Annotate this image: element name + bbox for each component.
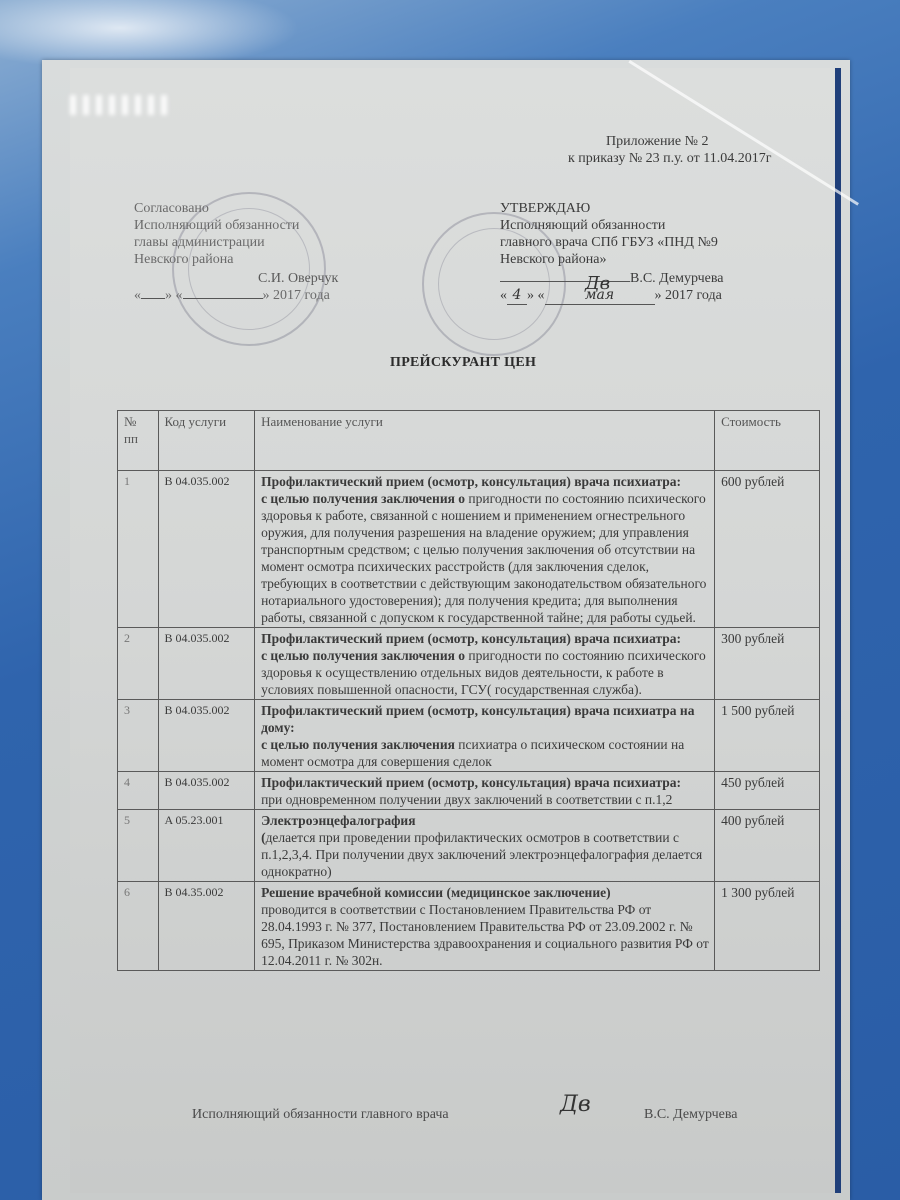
service-code: B 04.035.002 [158, 471, 255, 628]
service-description: Профилактический прием (осмотр, консульт… [255, 700, 715, 772]
service-title: Профилактический прием (осмотр, консульт… [261, 474, 681, 489]
table-row: 6B 04.35.002 Решение врачебной комиссии … [118, 882, 820, 971]
service-title: Профилактический прием (осмотр, консульт… [261, 631, 681, 646]
service-cost: 600 рублей [715, 471, 820, 628]
document-title: ПРЕЙСКУРАНТ ЦЕН [390, 355, 536, 371]
service-purpose-text: пригодности по состоянию психического зд… [261, 491, 706, 625]
signature-blank: Дв [500, 281, 630, 282]
service-cost: 1 300 рублей [715, 882, 820, 971]
service-code: A 05.23.001 [158, 810, 255, 882]
service-title: Профилактический прием (осмотр, консульт… [261, 775, 681, 790]
approved-heading: УТВЕРЖДАЮ [500, 200, 590, 217]
approved-signatory: В.С. Демурчева [630, 271, 724, 286]
price-table: № пп Код услуги Наименование услуги Стои… [117, 410, 820, 971]
agreed-line-2: Исполняющий обязанности [134, 217, 299, 234]
appendix-label: Приложение № 2 [606, 133, 709, 150]
light-reflection [70, 95, 170, 115]
service-purpose-text: делается при проведении профилактических… [261, 830, 702, 879]
agreed-date-open: « [134, 288, 141, 303]
footer-signature-icon: Дв [560, 1096, 591, 1113]
approved-line-2: Исполняющий обязанности [500, 217, 665, 234]
row-number: 1 [118, 471, 159, 628]
agreed-date: «» «» 2017 года [134, 287, 330, 304]
service-description: Профилактический прием (осмотр, консульт… [255, 471, 715, 628]
service-cost: 400 рублей [715, 810, 820, 882]
service-description: Электроэнцефалография (делается при пров… [255, 810, 715, 882]
approved-line-4: Невского района» [500, 251, 606, 268]
table-row: 2B 04.035.002Профилактический прием (осм… [118, 628, 820, 700]
footer-signatory: В.С. Демурчева [644, 1106, 738, 1123]
agreed-day-blank [141, 298, 165, 299]
service-title: Электроэнцефалография [261, 813, 415, 828]
footer-position: Исполняющий обязанности главного врача [192, 1106, 449, 1123]
approved-signature-line: ДвВ.С. Демурчева [500, 270, 724, 287]
approved-date-close: » 2017 года [655, 288, 722, 303]
approved-date-mid: » « [527, 288, 545, 303]
service-title: Профилактический прием (осмотр, консульт… [261, 703, 694, 735]
service-description: Профилактический прием (осмотр, консульт… [255, 772, 715, 810]
service-description: Профилактический прием (осмотр, консульт… [255, 628, 715, 700]
service-description: Решение врачебной комиссии (медицинское … [255, 882, 715, 971]
approved-date-open: « [500, 288, 507, 303]
row-number: 5 [118, 810, 159, 882]
order-reference: к приказу № 23 п.у. от 11.04.2017г [568, 150, 771, 167]
table-header-row: № пп Код услуги Наименование услуги Стои… [118, 411, 820, 471]
approved-line-3: главного врача СПб ГБУЗ «ПНД №9 [500, 234, 718, 251]
table-row: 3B 04.035.002 Профилактический прием (ос… [118, 700, 820, 772]
service-title: Решение врачебной комиссии (медицинское … [261, 885, 611, 900]
row-number: 6 [118, 882, 159, 971]
service-code: B 04.35.002 [158, 882, 255, 971]
service-code: B 04.035.002 [158, 700, 255, 772]
agreed-month-blank [183, 298, 263, 299]
row-number: 2 [118, 628, 159, 700]
service-cost: 1 500 рублей [715, 700, 820, 772]
header-num: № пп [118, 411, 159, 471]
service-purpose-bold: с целью получения заключения [261, 737, 455, 752]
approved-month: мая [545, 287, 655, 305]
agreed-line-3: главы администрации [134, 234, 265, 251]
row-number: 4 [118, 772, 159, 810]
table-row: 4B 04.035.002Профилактический прием (осм… [118, 772, 820, 810]
service-cost: 450 рублей [715, 772, 820, 810]
service-code: B 04.035.002 [158, 772, 255, 810]
agreed-line-1: Согласовано [134, 200, 209, 217]
approved-day: 4 [507, 287, 527, 305]
approved-date: «4» «мая» 2017 года [500, 287, 722, 305]
header-cost: Стоимость [715, 411, 820, 471]
agreed-line-4: Невского района [134, 251, 233, 268]
service-cost: 300 рублей [715, 628, 820, 700]
service-purpose-bold: с целью получения заключения о [261, 648, 465, 663]
header-name: Наименование услуги [255, 411, 715, 471]
agreed-date-mid: » « [165, 288, 183, 303]
service-purpose-bold: с целью получения заключения о [261, 491, 465, 506]
row-number: 3 [118, 700, 159, 772]
agreed-signatory: С.И. Оверчук [258, 270, 338, 287]
service-purpose-text: при одновременном получении двух заключе… [261, 792, 672, 807]
agreed-date-close: » 2017 года [263, 288, 330, 303]
header-code: Код услуги [158, 411, 255, 471]
service-code: B 04.035.002 [158, 628, 255, 700]
table-row: 1B 04.035.002Профилактический прием (осм… [118, 471, 820, 628]
table-row: 5A 05.23.001 Электроэнцефалография (дела… [118, 810, 820, 882]
service-purpose-text: проводится в соответствии с Постановлени… [261, 902, 709, 968]
